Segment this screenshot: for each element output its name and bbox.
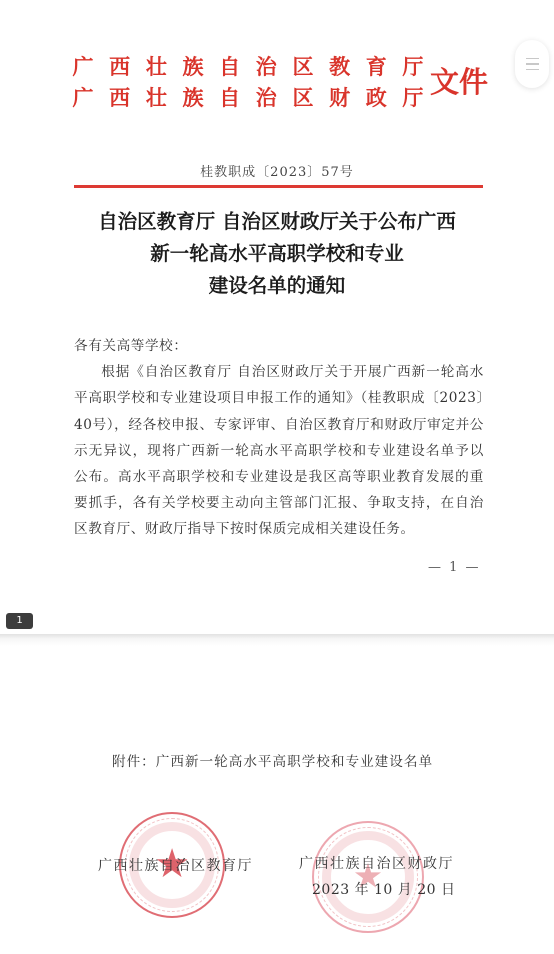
letterhead-char: 厅 [402,52,424,82]
letterhead-char: 区 [292,52,314,82]
letterhead-char: 壮 [145,83,167,113]
issue-date: 2023 年 10 月 20 日 [312,879,456,899]
signatory-finance: 广西壮族自治区财政厅 [299,853,454,873]
letterhead-char: 壮 [145,52,167,82]
page-indicator-badge: 1 [6,613,33,629]
letterhead-char: 治 [255,52,277,82]
title-line-1: 自治区教育厅 自治区财政厅关于公布广西 [0,206,554,238]
document-page-2: 附件：广西新一轮高水平高职学校和专业建设名单 ★ ★ 广西壮族自治区教育厅 广西… [0,646,554,954]
menu-line [526,69,539,71]
letterhead-char: 育 [365,52,387,82]
attachment-line: 附件：广西新一轮高水平高职学校和专业建设名单 [112,750,433,770]
letterhead-char: 广 [72,52,94,82]
body-paragraph: 根据《自治区教育厅 自治区财政厅关于开展广西新一轮高水平高职学校和专业建设项目申… [74,359,484,542]
letterhead-char: 族 [182,52,204,82]
letterhead-char: 政 [365,83,387,113]
finance-department-seal: ★ [312,821,424,933]
letterhead-char: 财 [329,83,351,113]
salutation: 各有关高等学校： [74,333,484,359]
letterhead-row-finance: 广 西 壮 族 自 治 区 财 政 厅 [72,83,424,113]
document-number: 桂教职成〔2023〕57号 [0,161,554,180]
letterhead-char: 区 [292,83,314,113]
letterhead-row-education: 广 西 壮 族 自 治 区 教 育 厅 [72,52,424,82]
signatory-education: 广西壮族自治区教育厅 [98,855,253,875]
letterhead-char: 治 [255,83,277,113]
letterhead-char: 厅 [402,83,424,113]
title-line-2: 新一轮高水平高职学校和专业 [0,238,554,270]
letterhead-char: 广 [72,83,94,113]
document-title: 自治区教育厅 自治区财政厅关于公布广西 新一轮高水平高职学校和专业 建设名单的通… [0,206,554,302]
red-divider [74,185,483,188]
document-body: 各有关高等学校： 根据《自治区教育厅 自治区财政厅关于开展广西新一轮高水平高职学… [74,333,484,543]
document-page-1: 广 西 壮 族 自 治 区 教 育 厅 广 西 壮 族 自 治 区 财 政 厅 … [0,0,554,634]
hamburger-menu-icon[interactable] [515,40,549,88]
title-line-3: 建设名单的通知 [0,270,554,302]
letterhead-char: 自 [219,52,241,82]
red-letterhead: 广 西 壮 族 自 治 区 教 育 厅 广 西 壮 族 自 治 区 财 政 厅 … [72,50,492,120]
letterhead-char: 自 [219,83,241,113]
page-separator [0,634,554,646]
letterhead-document-label: 文件 [430,64,488,100]
letterhead-char: 教 [329,52,351,82]
letterhead-char: 西 [109,52,131,82]
menu-line [526,58,539,60]
letterhead-char: 西 [109,83,131,113]
letterhead-char: 族 [182,83,204,113]
page-number-footer: — 1 — [428,560,481,575]
menu-line [526,63,539,65]
